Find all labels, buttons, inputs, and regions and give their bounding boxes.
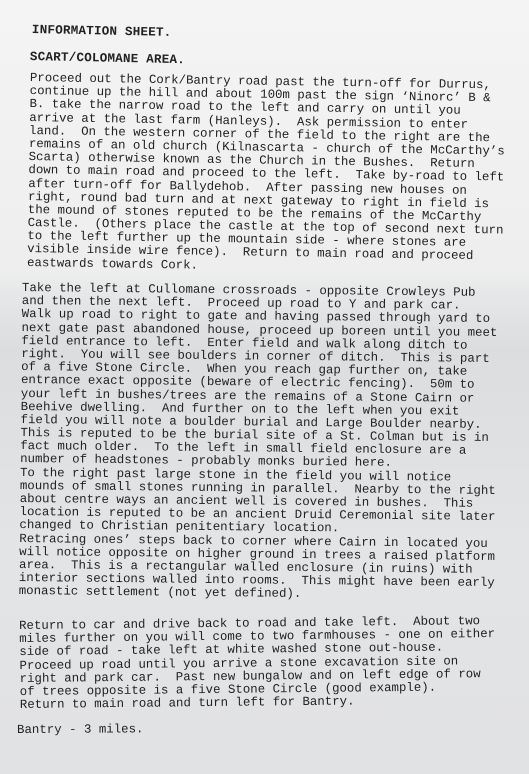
paragraph-directions-scart: Proceed out the Cork/Bantry road past th…: [27, 72, 506, 277]
paragraph-directions-cullomane: Take the left at Cullomane crossroads - …: [19, 282, 498, 603]
paragraph-distance-note: Bantry - 3 miles.: [17, 723, 143, 737]
paragraph-directions-stone-circle: Return to car and drive back to road and…: [19, 615, 496, 712]
text-line: Return to main road and turn left for Ba…: [20, 694, 496, 712]
information-sheet: INFORMATION SHEET. SCART/COLOMANE AREA. …: [0, 0, 529, 774]
document-subtitle: SCART/COLOMANE AREA.: [30, 51, 185, 67]
text-line: Bantry - 3 miles.: [17, 723, 143, 737]
document-title: INFORMATION SHEET.: [32, 24, 172, 40]
